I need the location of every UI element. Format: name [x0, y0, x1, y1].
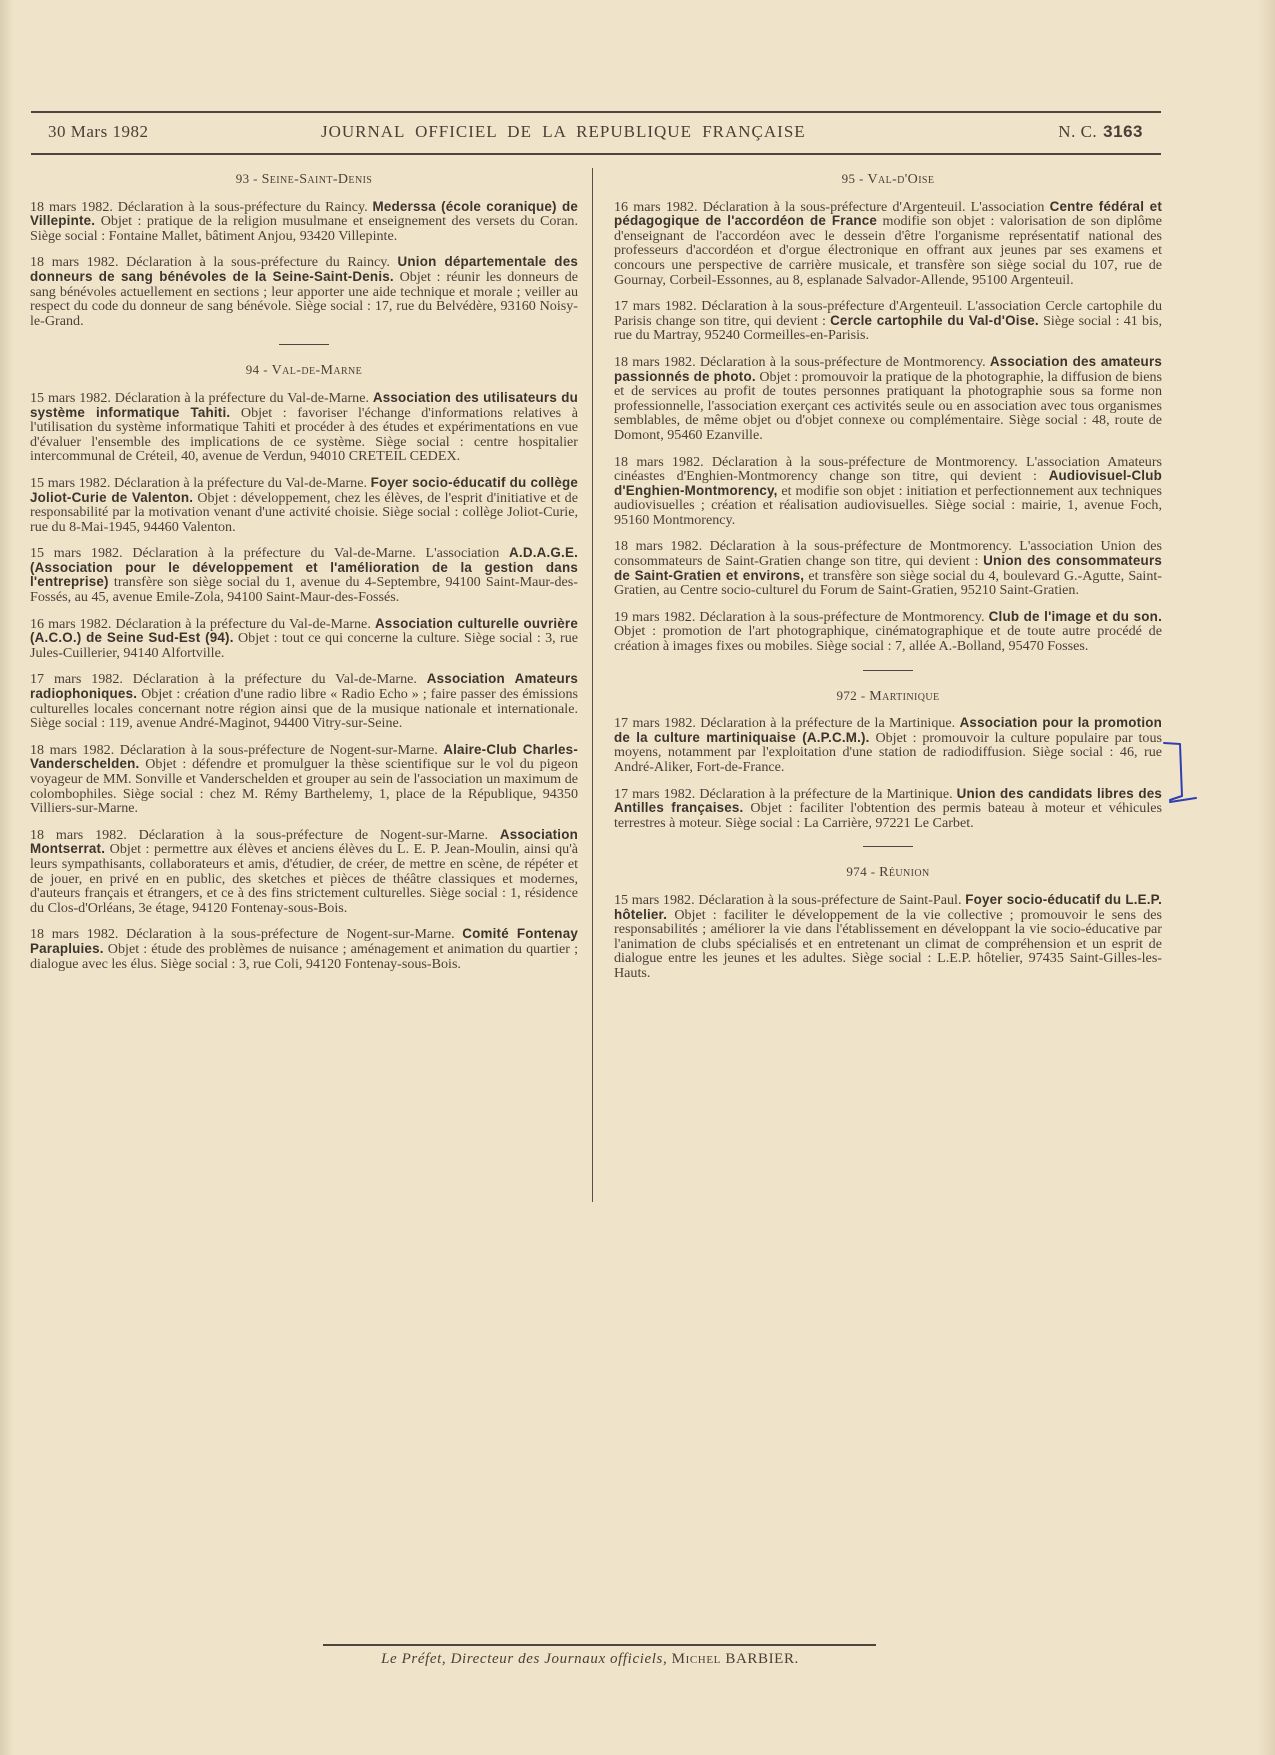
page-number: N. C.3163	[1058, 122, 1143, 142]
association-declaration: 18 mars 1982. Déclaration à la sous-préf…	[614, 539, 1162, 597]
column-divider	[592, 168, 593, 1202]
declaration-details: transfère son siège social du 1, avenue …	[30, 574, 578, 605]
handwritten-bracket-mark	[1158, 740, 1198, 808]
department-heading: 94 - Val-de-Marne	[30, 363, 578, 379]
page-edge-left	[0, 0, 14, 1755]
association-name: Cercle cartophile du Val-d'Oise.	[830, 313, 1039, 328]
declaration-text: 17 mars 1982. Déclaration à la préfectur…	[614, 715, 955, 731]
declaration-details: Objet : promotion de l'art photographiqu…	[614, 623, 1162, 654]
edition-label: N. C.	[1058, 122, 1097, 141]
running-header: 30 Mars 1982 JOURNAL OFFICIEL DE LA REPU…	[31, 111, 1161, 155]
declaration-text: 18 mars 1982. Déclaration à la sous-préf…	[30, 199, 368, 215]
signatory-last-name: BARBIER.	[725, 1651, 799, 1667]
association-declaration: 18 mars 1982. Déclaration à la sous-préf…	[30, 828, 578, 916]
footer-signature: Le Préfet, Directeur des Journaux offici…	[280, 1651, 900, 1668]
department-heading: 972 - Martinique	[614, 689, 1162, 705]
signatory-first-name: Michel	[672, 1651, 721, 1667]
department-name: Val-d'Oise	[867, 172, 934, 187]
signatory-title: Le Préfet, Directeur des Journaux offici…	[381, 1651, 667, 1667]
declaration-text: 18 mars 1982. Déclaration à la sous-préf…	[30, 254, 390, 270]
declaration-text: 17 mars 1982. Déclaration à la préfectur…	[30, 671, 417, 687]
association-declaration: 18 mars 1982. Déclaration à la sous-préf…	[614, 455, 1162, 528]
declaration-text: 18 mars 1982. Déclaration à la sous-préf…	[614, 354, 986, 370]
declaration-text: 17 mars 1982. Déclaration à la préfectur…	[614, 786, 953, 802]
right-column: 95 - Val-d'Oise16 mars 1982. Déclaration…	[614, 168, 1162, 993]
association-name: Club de l'image et du son.	[989, 609, 1162, 624]
header-date: 30 Mars 1982	[48, 122, 148, 142]
publication-title: JOURNAL OFFICIEL DE LA REPUBLIQUE FRANÇA…	[321, 122, 806, 142]
declaration-text: 15 mars 1982. Déclaration à la préfectur…	[30, 390, 369, 406]
declaration-text: 19 mars 1982. Déclaration à la sous-préf…	[614, 609, 985, 625]
declaration-details: Objet : étude des problèmes de nuisance …	[30, 941, 578, 972]
section-separator	[863, 670, 913, 671]
association-declaration: 16 mars 1982. Déclaration à la préfectur…	[30, 617, 578, 661]
association-declaration: 17 mars 1982. Déclaration à la préfectur…	[30, 672, 578, 730]
association-declaration: 17 mars 1982. Déclaration à la préfectur…	[614, 716, 1162, 774]
association-declaration: 15 mars 1982. Déclaration à la préfectur…	[30, 476, 578, 534]
association-declaration: 18 mars 1982. Déclaration à la sous-préf…	[30, 743, 578, 816]
association-declaration: 15 mars 1982. Déclaration à la sous-préf…	[614, 893, 1162, 981]
association-declaration: 16 mars 1982. Déclaration à la sous-préf…	[614, 200, 1162, 288]
association-declaration: 17 mars 1982. Déclaration à la sous-préf…	[614, 299, 1162, 343]
department-heading: 95 - Val-d'Oise	[614, 172, 1162, 188]
association-declaration: 18 mars 1982. Déclaration à la sous-préf…	[30, 255, 578, 328]
department-code: 974 -	[846, 864, 875, 879]
association-declaration: 18 mars 1982. Déclaration à la sous-préf…	[30, 927, 578, 971]
association-declaration: 18 mars 1982. Déclaration à la sous-préf…	[614, 355, 1162, 443]
department-heading: 93 - Seine-Saint-Denis	[30, 172, 578, 188]
department-name: Réunion	[879, 865, 929, 880]
declaration-details: Objet : permettre aux élèves et anciens …	[30, 841, 578, 915]
declaration-text: 15 mars 1982. Déclaration à la sous-préf…	[614, 892, 961, 908]
section-separator	[279, 344, 329, 345]
department-name: Seine-Saint-Denis	[262, 172, 373, 187]
department-name: Martinique	[869, 689, 939, 704]
declaration-text: 18 mars 1982. Déclaration à la sous-préf…	[30, 827, 488, 843]
section-separator	[863, 846, 913, 847]
declaration-text: 16 mars 1982. Déclaration à la préfectur…	[30, 616, 371, 632]
department-code: 972 -	[836, 688, 865, 703]
association-declaration: 15 mars 1982. Déclaration à la préfectur…	[30, 391, 578, 464]
department-code: 95 -	[842, 171, 864, 186]
department-heading: 974 - Réunion	[614, 865, 1162, 881]
declaration-text: 18 mars 1982. Déclaration à la sous-préf…	[30, 742, 438, 758]
page-edge-right	[1257, 0, 1275, 1755]
declaration-details: Objet : faciliter le développement de la…	[614, 907, 1162, 981]
association-declaration: 17 mars 1982. Déclaration à la préfectur…	[614, 787, 1162, 831]
department-code: 93 -	[236, 171, 258, 186]
association-declaration: 18 mars 1982. Déclaration à la sous-préf…	[30, 200, 578, 244]
department-name: Val-de-Marne	[272, 363, 363, 378]
association-declaration: 19 mars 1982. Déclaration à la sous-préf…	[614, 610, 1162, 654]
declaration-details: Objet : pratique de la religion musulman…	[30, 213, 578, 244]
association-declaration: 15 mars 1982. Déclaration à la préfectur…	[30, 546, 578, 604]
declaration-text: 15 mars 1982. Déclaration à la préfectur…	[30, 545, 499, 561]
department-code: 94 -	[246, 362, 268, 377]
declaration-text: 15 mars 1982. Déclaration à la préfectur…	[30, 475, 367, 491]
footer-rule	[323, 1644, 876, 1646]
page-number-value: 3163	[1103, 122, 1143, 141]
declaration-text: 16 mars 1982. Déclaration à la sous-préf…	[614, 199, 1044, 215]
left-column: 93 - Seine-Saint-Denis18 mars 1982. Décl…	[30, 168, 578, 983]
declaration-text: 18 mars 1982. Déclaration à la sous-préf…	[30, 926, 455, 942]
